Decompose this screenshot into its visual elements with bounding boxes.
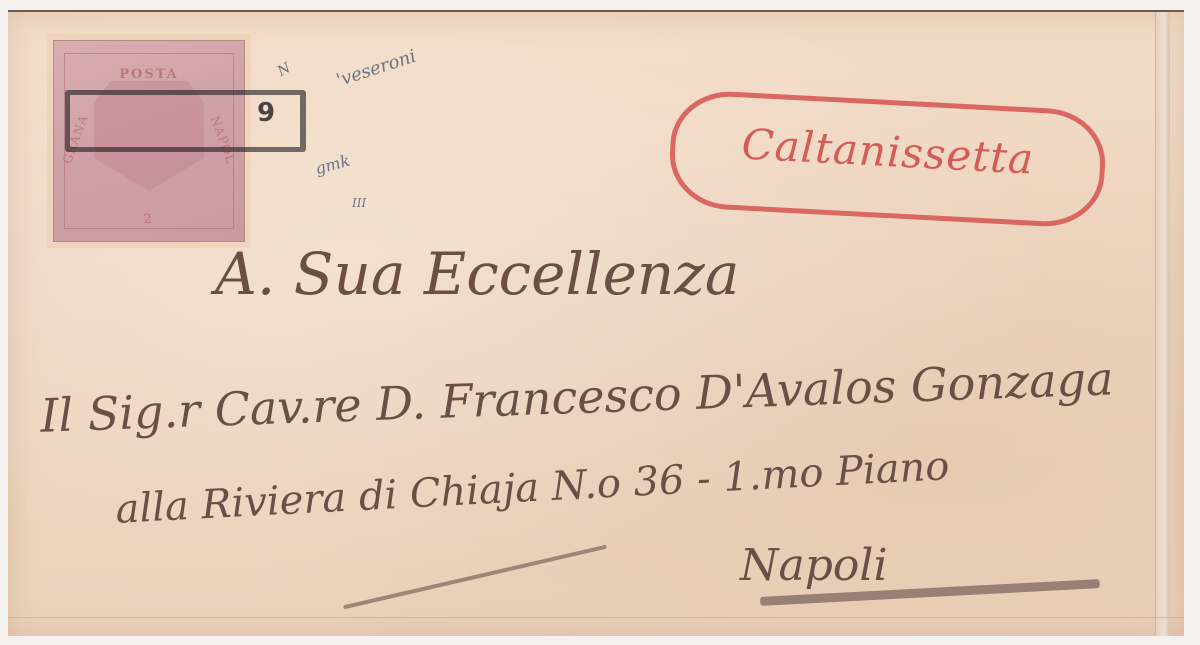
postmark-town-name: Caltanissetta [674,116,1101,187]
envelope-bottom-fold [8,617,1184,618]
address-salutation: A. Sua Eccellenza [215,240,739,308]
stamp-value-label: 2 [54,212,244,227]
address-city: Napoli [740,540,888,591]
town-postmark-oval: Caltanissetta [667,89,1108,230]
stamp-top-label: POSTA [54,67,244,82]
cancellation-number: 9 [257,98,275,128]
envelope-fold-edge [1155,12,1170,636]
pencil-note-roman: III [352,196,366,210]
